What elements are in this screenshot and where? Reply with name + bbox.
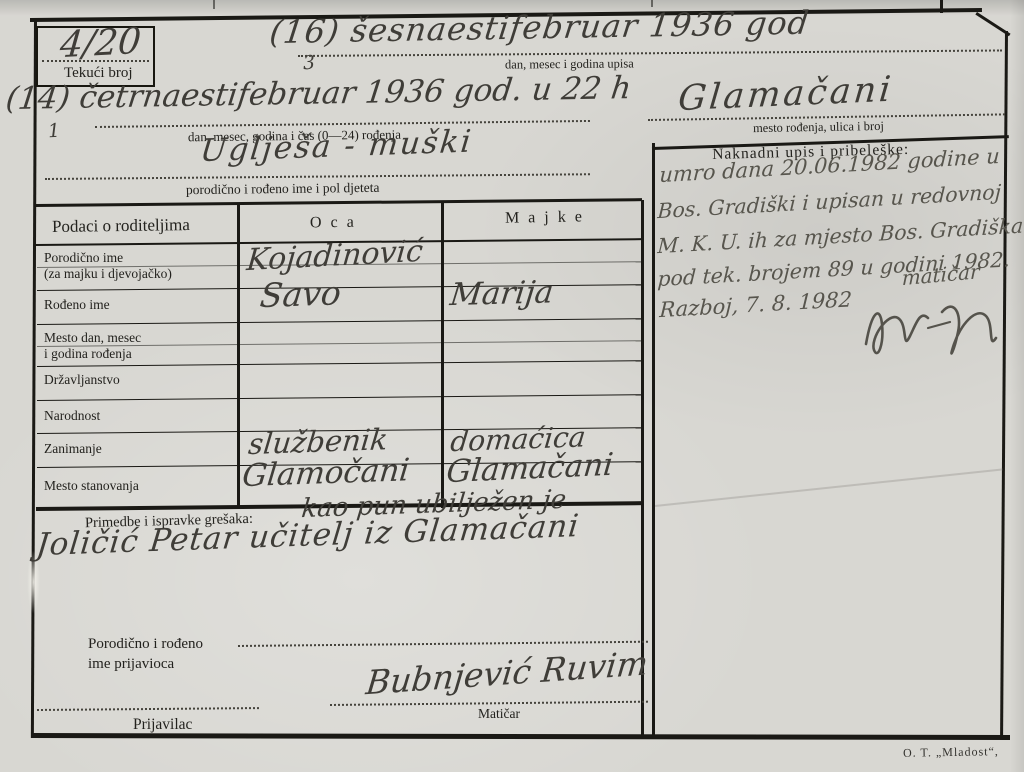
row-label-line2: i godina rođenja	[44, 346, 141, 362]
birth-place-value: Glamačani	[677, 73, 895, 118]
row-label-zanimanje: Zanimanje	[44, 441, 102, 457]
paper-crease-artifact	[655, 468, 1003, 506]
child-name-label: porodično i rođeno ime i pol djeteta	[186, 180, 380, 198]
reporter-signature-dotted-line	[37, 707, 259, 711]
birth-datetime-subnumber: 1	[47, 122, 60, 142]
table-col-divider-1	[237, 203, 240, 508]
father-column-header: Oca	[310, 214, 363, 233]
mother-column-header: Majke	[505, 208, 591, 227]
row-label-narodnost: Narodnost	[44, 408, 100, 424]
parents-section-label: Podaci o roditeljima	[52, 215, 190, 237]
birth-place-label: mesto rođenja, ulica i broj	[753, 119, 884, 136]
notes-line-5: Razboj, 7. 8. 1982	[659, 289, 852, 321]
reporter-name-dotted-line	[238, 641, 648, 647]
registrar-signature-scribble	[858, 292, 1008, 367]
running-number-value: 4/20	[58, 24, 142, 64]
notes-line-2: Bos. Gradiški i upisan u redovnoj	[657, 182, 1002, 222]
father-surname-value: Kojadinović	[245, 237, 424, 276]
row-label-mesto-rodjenja: Mesto dan, mesec i godina rođenja	[44, 330, 141, 362]
page-edge-tick-3	[940, 0, 943, 13]
reporter-name-label-line2: ime prijavioca	[88, 654, 203, 674]
reporter-role-label: Prijavilac	[133, 716, 192, 734]
row-label-line1: Mesto dan, mesec	[44, 330, 141, 346]
registry-form-scan: 4/20 Tekući broj (16) šesnaestifebruar 1…	[0, 0, 1024, 772]
mother-residence-value: Glamačani	[445, 450, 615, 488]
left-border-line	[31, 20, 37, 738]
registration-date-dotted-line	[298, 49, 1002, 57]
table-row-line	[37, 318, 641, 325]
running-number-dotted-line	[42, 60, 149, 62]
notes-panel-left-border	[652, 143, 655, 735]
table-row-line	[37, 394, 641, 401]
registrar-signature-value: Bubnjević Ruvim	[364, 646, 649, 699]
page-edge-tick-1	[213, 0, 215, 9]
child-name-dotted-line	[45, 173, 590, 180]
row-label-line1: Porodično ime	[44, 250, 172, 266]
father-firstname-value: Savo	[259, 276, 343, 312]
father-residence-value: Glamočani	[241, 455, 411, 492]
row-label-line2: (za majku i djevojačko)	[44, 266, 172, 282]
row-label-rodjeno-ime: Rođeno ime	[44, 297, 110, 313]
notes-registrar-word: matičar	[902, 261, 980, 288]
reporter-name-label-line1: Porodično i rođeno	[88, 634, 203, 654]
row-label-mesto-stanovanja: Mesto stanovanja	[44, 478, 139, 494]
registration-date-value: (16) šesnaestifebruar 1936 god	[268, 7, 811, 48]
reporter-name-label: Porodično i rođeno ime prijavioca	[88, 634, 203, 674]
printer-mark: O. T. „Mladost“,	[903, 744, 999, 761]
mother-firstname-value: Marija	[448, 277, 555, 311]
row-label-drzavljanstvo: Državljanstvo	[44, 372, 120, 388]
birth-datetime-value: (14) četrnaestifebruar 1936 god. u 22 h	[4, 73, 633, 115]
table-top-border	[36, 198, 642, 206]
row-label-porodicno-ime: Porodično ime (za majku i djevojačko)	[44, 250, 172, 282]
registrar-label: Matičar	[478, 706, 520, 722]
child-name-value: Uglješa - muški	[199, 126, 474, 167]
table-col-divider-2	[441, 201, 444, 508]
